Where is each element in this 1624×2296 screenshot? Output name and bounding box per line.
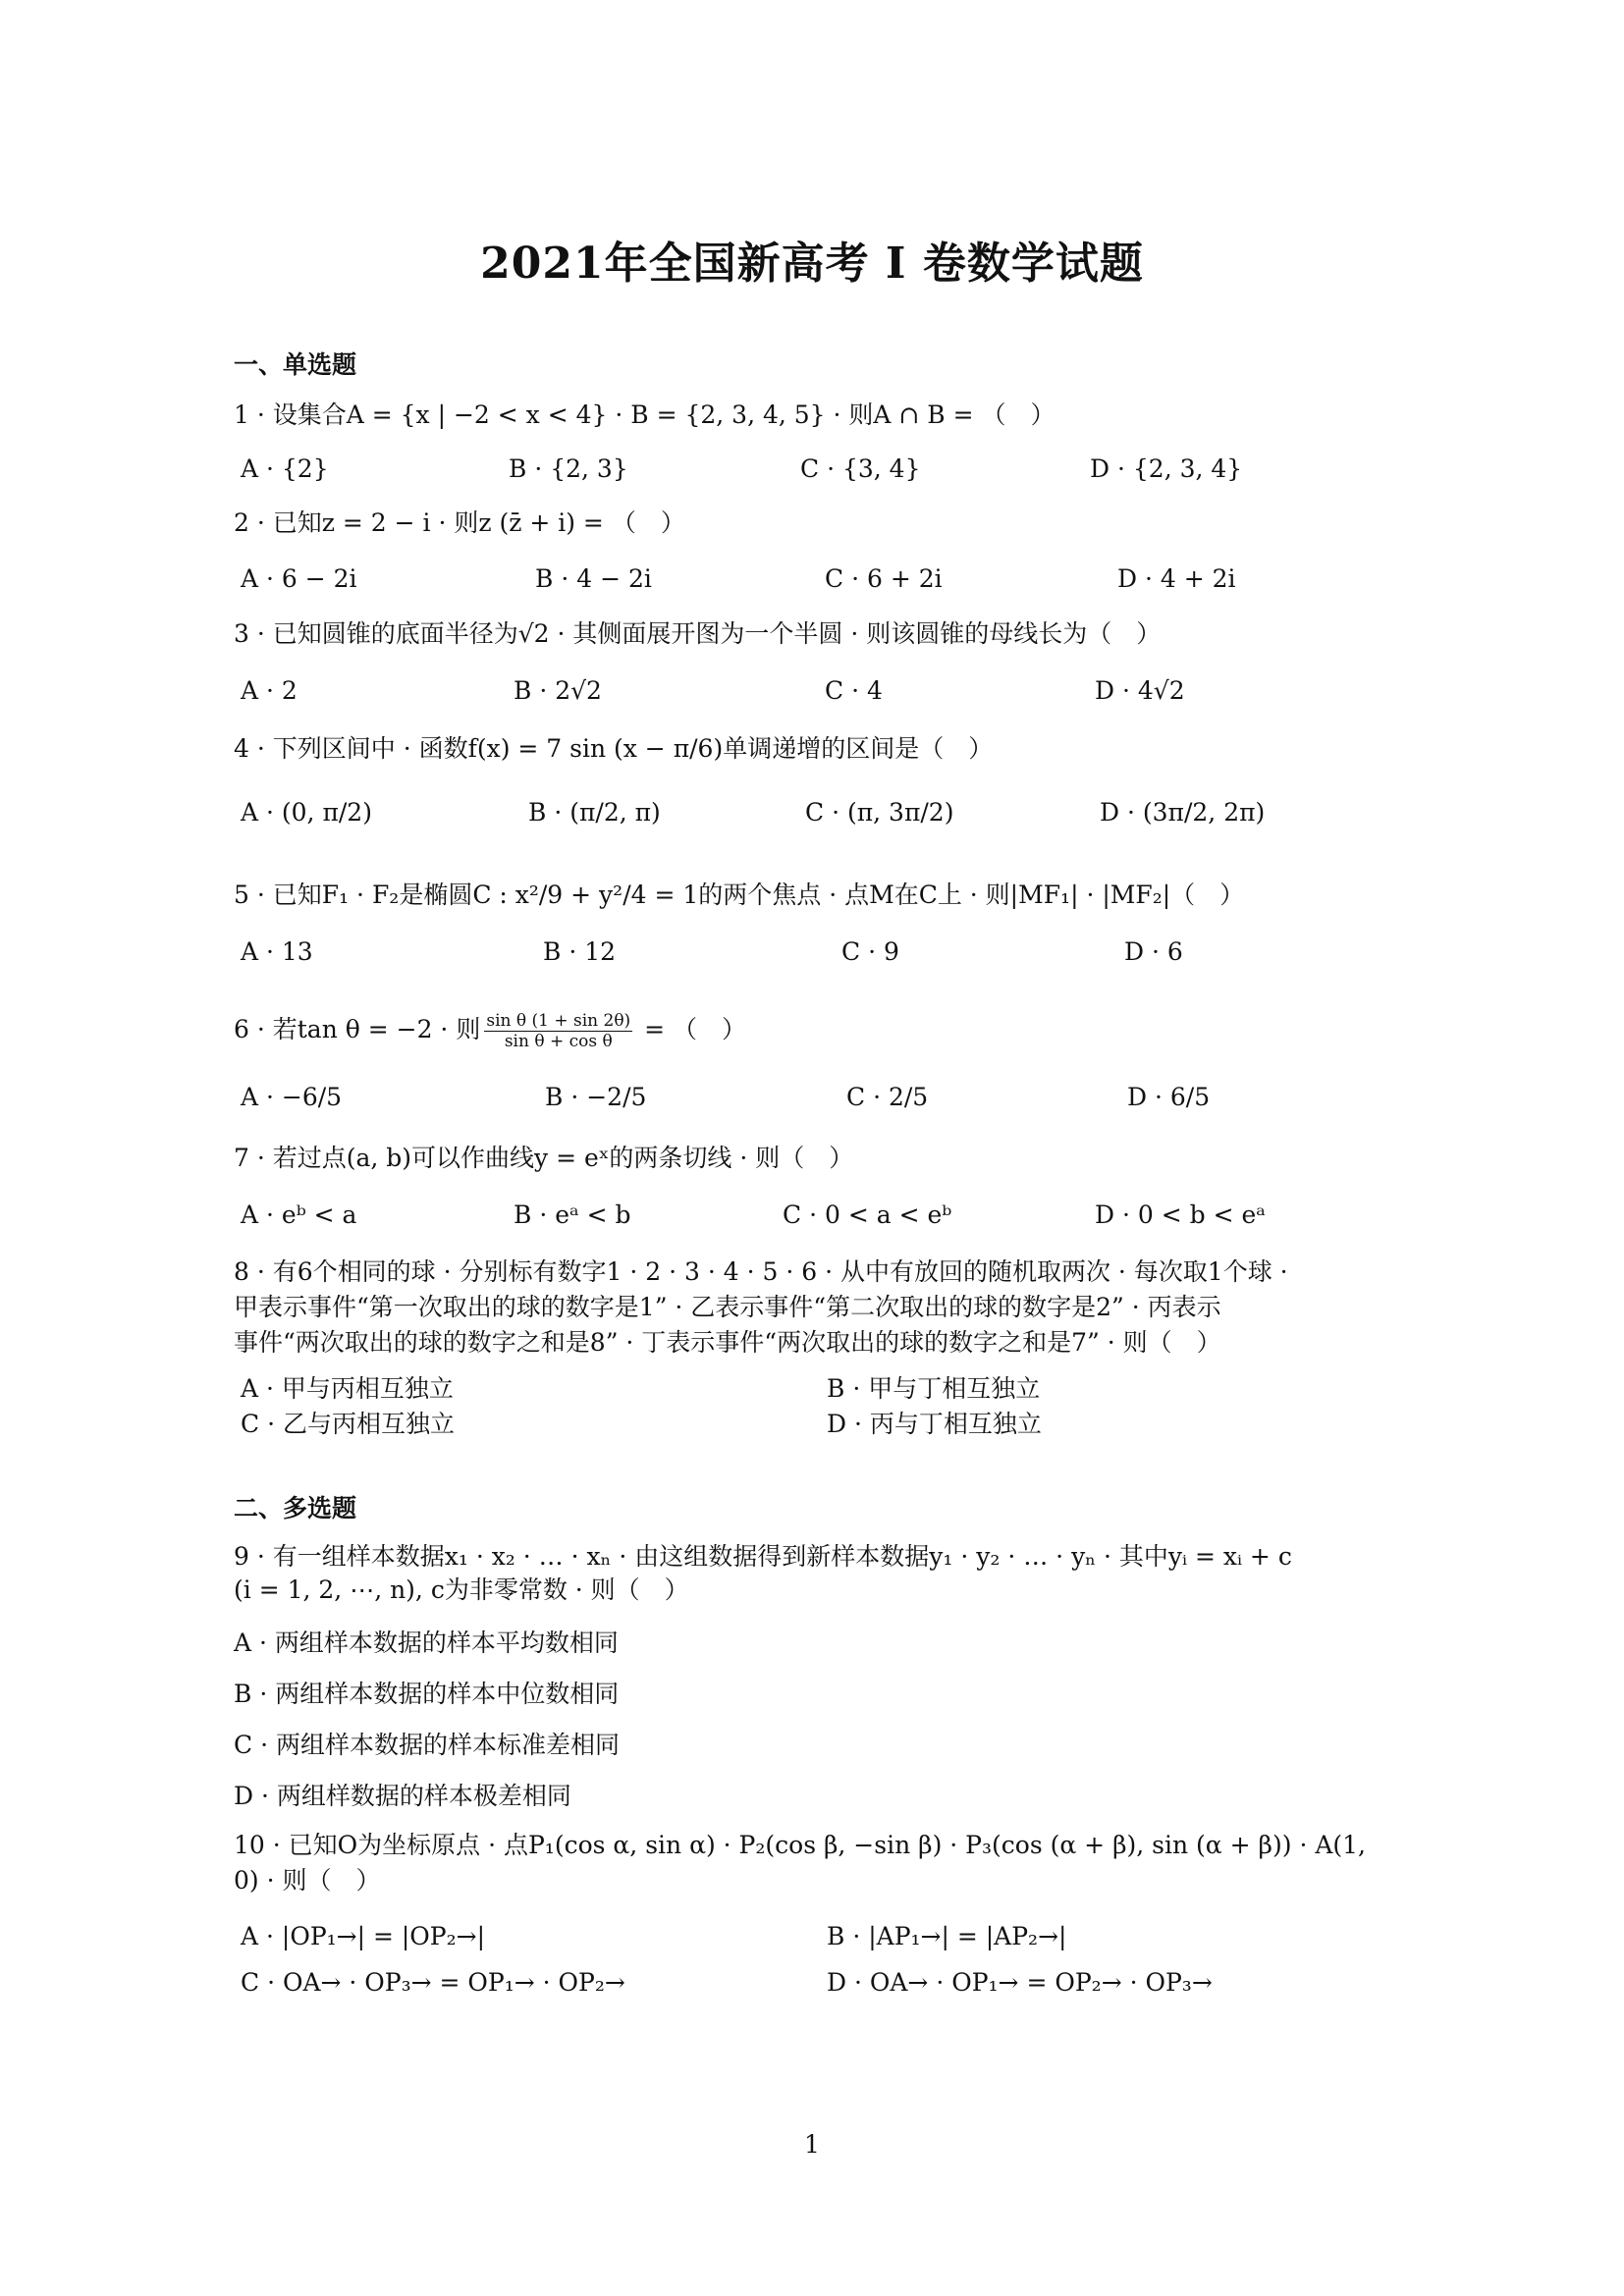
question-6-fraction: sin θ (1 + sin 2θ)sin θ + cos θ [484, 1011, 632, 1051]
question-2-option-c: C · 6 + 2i [825, 561, 943, 597]
question-7-option-d: D · 0 < b < eᵃ [1095, 1198, 1266, 1233]
question-6-stem-tail: = （ ） [636, 1015, 746, 1043]
question-6-fraction-denominator: sin θ + cos θ [484, 1032, 632, 1051]
question-10-option-c: C · OA→ · OP₃→ = OP₁→ · OP₂→ [241, 1965, 625, 2001]
question-3-option-a: A · 2 [241, 673, 298, 709]
question-8-stem-line-2: 甲表示事件“第一次取出的球的数字是1” · 乙表示事件“第二次取出的球的数字是2… [234, 1290, 1221, 1325]
question-1-option-a: A · {2} [241, 452, 329, 487]
question-6-option-b: B · −2/5 [545, 1080, 646, 1115]
page-number: 1 [0, 2130, 1624, 2159]
question-4-option-d: D · (3π/2, 2π) [1100, 795, 1265, 830]
question-5-option-d: D · 6 [1124, 934, 1183, 970]
question-3-option-d: D · 4√2 [1095, 673, 1185, 709]
question-2-option-b: B · 4 − 2i [535, 561, 652, 597]
question-7-option-b: B · eᵃ < b [514, 1198, 631, 1233]
question-1-option-c: C · {3, 4} [800, 452, 921, 487]
question-4-option-a: A · (0, π/2) [241, 795, 372, 830]
question-9-option-b: B · 两组样本数据的样本中位数相同 [234, 1677, 619, 1712]
question-1-option-b: B · {2, 3} [509, 452, 628, 487]
question-2-option-a: A · 6 − 2i [241, 561, 357, 597]
question-5-stem: 5 · 已知F₁ · F₂是椭圆C : x²/9 + y²/4 = 1的两个焦点… [234, 878, 1244, 913]
question-8-stem-line-1: 8 · 有6个相同的球 · 分别标有数字1 · 2 · 3 · 4 · 5 · … [234, 1255, 1288, 1290]
question-3-option-b: B · 2√2 [514, 673, 602, 709]
question-10-stem-line-2: 0) · 则（ ） [234, 1863, 381, 1898]
question-4-option-b: B · (π/2, π) [528, 795, 661, 830]
section-heading-multi-choice: 二、多选题 [234, 1489, 356, 1524]
question-9-option-a: A · 两组样本数据的样本平均数相同 [234, 1626, 619, 1661]
question-10-option-b: B · |AP₁→| = |AP₂→| [827, 1919, 1066, 1954]
question-8-option-c: C · 乙与丙相互独立 [241, 1407, 455, 1442]
question-3-stem: 3 · 已知圆锥的底面半径为√2 · 其侧面展开图为一个半圆 · 则该圆锥的母线… [234, 616, 1161, 652]
question-6-option-c: C · 2/5 [846, 1080, 928, 1115]
question-9-stem-line-2: (i = 1, 2, ⋯, n), c为非零常数 · 则（ ） [234, 1573, 689, 1608]
question-2-option-d: D · 4 + 2i [1117, 561, 1236, 597]
question-2-stem: 2 · 已知z = 2 − i · 则z (z̄ + i) = （ ） [234, 506, 685, 541]
question-5-option-a: A · 13 [241, 934, 313, 970]
question-10-option-d: D · OA→ · OP₁→ = OP₂→ · OP₃→ [827, 1965, 1213, 2001]
question-9-option-d: D · 两组样数据的样本极差相同 [234, 1779, 571, 1814]
exam-page: 2021年全国新高考 I 卷数学试题 一、单选题 1 · 设集合A = {x |… [0, 0, 1624, 2296]
question-6-option-a: A · −6/5 [241, 1080, 342, 1115]
question-4-stem: 4 · 下列区间中 · 函数f(x) = 7 sin (x − π/6)单调递增… [234, 731, 993, 767]
question-9-option-c: C · 两组样本数据的样本标准差相同 [234, 1728, 620, 1763]
question-8-option-a: A · 甲与丙相互独立 [241, 1371, 454, 1407]
question-7-stem: 7 · 若过点(a, b)可以作曲线y = eˣ的两条切线 · 则（ ） [234, 1141, 853, 1176]
question-5-option-c: C · 9 [841, 934, 899, 970]
section-heading-single-choice: 一、单选题 [234, 346, 356, 381]
question-7-option-a: A · eᵇ < a [241, 1198, 356, 1233]
question-6-stem-lead: 6 · 若tan θ = −2 · 则 [234, 1015, 480, 1043]
question-1-option-d: D · {2, 3, 4} [1090, 452, 1242, 487]
question-5-option-b: B · 12 [543, 934, 616, 970]
question-8-option-d: D · 丙与丁相互独立 [827, 1407, 1042, 1442]
question-8-option-b: B · 甲与丁相互独立 [827, 1371, 1040, 1407]
question-6-stem: 6 · 若tan θ = −2 · 则sin θ (1 + sin 2θ)sin… [234, 1011, 746, 1051]
question-6-option-d: D · 6/5 [1127, 1080, 1210, 1115]
question-3-option-c: C · 4 [825, 673, 883, 709]
question-10-option-a: A · |OP₁→| = |OP₂→| [241, 1919, 485, 1954]
question-8-stem-line-3: 事件“两次取出的球的数字之和是8” · 丁表示事件“两次取出的球的数字之和是7”… [234, 1325, 1221, 1361]
question-6-fraction-numerator: sin θ (1 + sin 2θ) [484, 1011, 632, 1032]
page-title: 2021年全国新高考 I 卷数学试题 [0, 228, 1624, 291]
question-4-option-c: C · (π, 3π/2) [805, 795, 953, 830]
question-10-stem-line-1: 10 · 已知O为坐标原点 · 点P₁(cos α, sin α) · P₂(c… [234, 1828, 1366, 1863]
question-1-stem: 1 · 设集合A = {x | −2 < x < 4} · B = {2, 3,… [234, 398, 1056, 433]
question-9-stem-line-1: 9 · 有一组样本数据x₁ · x₂ · … · xₙ · 由这组数据得到新样本… [234, 1539, 1292, 1575]
question-7-option-c: C · 0 < a < eᵇ [783, 1198, 951, 1233]
